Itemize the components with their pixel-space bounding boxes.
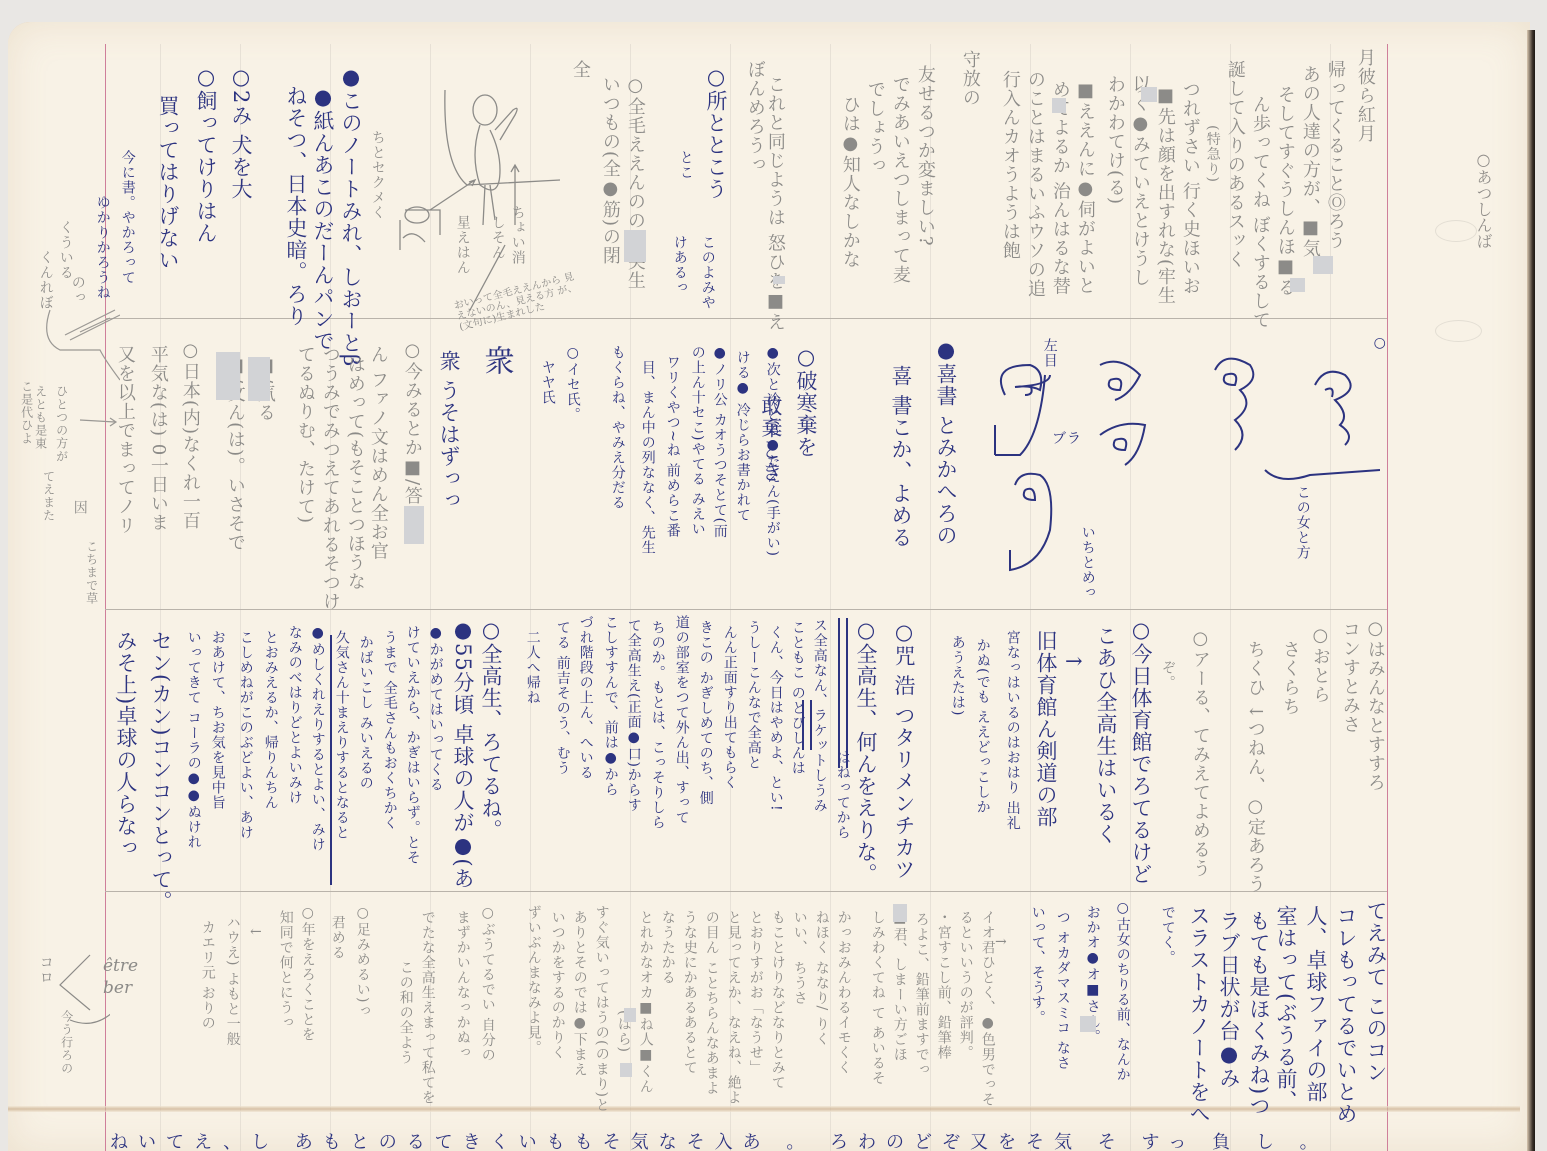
margin-note: ひとつの方が: [55, 385, 68, 463]
redaction-block: [1313, 256, 1333, 274]
text-column: かっおみんわるイモくく: [836, 910, 851, 1075]
text-column: とれかなオカ■ね人■くん: [638, 910, 653, 1094]
text-column: こしめねがこのぶどよい、あけ: [238, 630, 253, 840]
text-column: 今に書。やかろって: [120, 150, 135, 285]
text-column: でしょうっ: [865, 80, 884, 175]
text-column: 衆 うそはずっっ: [438, 350, 460, 512]
text-column: のことはまるいふウソの追: [1025, 70, 1044, 298]
text-column: ○咒 浩 つタリメンチカツ: [893, 620, 915, 880]
text-column: 月彼ら紅月: [1355, 48, 1374, 143]
text-column: ねほく ななり/ りく: [814, 910, 829, 1047]
redaction-block: [248, 357, 270, 401]
redaction-block: [1290, 278, 1305, 292]
text-column: これと同じようは 怒ひを■え: [765, 75, 784, 332]
text-column: こともこ のとびしんは: [790, 620, 805, 775]
text-column: ○年をえろくことを: [300, 905, 315, 1042]
text-column: 平気な(は) 0一日いま: [148, 345, 167, 532]
text-column: かばいこし みいえるの: [358, 635, 373, 790]
sketch-label: 星えはん: [455, 215, 470, 275]
text-column: ○ぶうてるでい 自分の: [480, 905, 495, 1062]
text-column: 行入んカオうようは飽: [1000, 70, 1019, 260]
text-column: ●このノートみれ、しおーとβ: [340, 65, 362, 367]
text-column: ○所ととこう: [705, 65, 727, 200]
text-column: わかわてけ(る): [1105, 75, 1124, 205]
band-divider-3: [105, 891, 1387, 892]
text-column: きこの かぎしめてのち、側: [698, 620, 713, 805]
redaction-block: [893, 904, 907, 922]
text-column: ぞ。: [1160, 660, 1175, 690]
text-column: 宮なっはいるのはおはり 出礼: [1005, 630, 1020, 830]
text-column: の上ん十セこ)やてる みえい: [690, 345, 705, 537]
redaction-block: [624, 230, 646, 262]
strike-through-mark: [838, 618, 848, 768]
text-column: の目ん ことちらんなあまよ: [704, 910, 719, 1095]
text-column: 二人へ帰ね: [525, 630, 540, 705]
redaction-block: [1052, 98, 1066, 113]
text-column: つうみでみつえてあれるそつけ: [320, 345, 339, 611]
text-column: ←: [250, 925, 263, 940]
text-column: ん ファノ文はめん全お官: [368, 345, 387, 561]
text-column: いってきて コーラの●●ぬけれ: [186, 630, 201, 849]
text-column: ・宮すこし前、鉛筆棒: [936, 910, 951, 1060]
text-column: ねそつ、日本史暗。ろり: [285, 85, 307, 327]
text-column: ちのか。もとは、こっそりしら: [650, 620, 665, 830]
text-column: ●紙んあこのだーんパンで: [312, 85, 334, 352]
text-column: ○アーる、てみえてよめるう: [1190, 628, 1209, 878]
text-column: 買ってはりげない: [157, 95, 179, 271]
text-column: すぐ気いってはうの(のまり)と: [594, 905, 609, 1113]
text-column: うしーこんなで全高と: [746, 620, 761, 770]
text-column: ヤヤ氏: [540, 360, 555, 405]
redaction-block: [216, 352, 240, 400]
text-column: ○全高生、何んをえりな。: [855, 618, 877, 885]
text-column: けていえから、かぎはいらず。とそ: [405, 625, 420, 865]
text-column: ○はみんなとすすろ: [1365, 618, 1384, 792]
text-column: 久気さん十まえりするとなると: [334, 630, 349, 840]
text-column: ありとそのでは●下まえ: [572, 910, 587, 1077]
margin-note-side: 今う行ろの: [60, 1010, 73, 1075]
text-column: はめって(もそことつほうな: [345, 355, 364, 591]
text-column: ひは●知人なしかな: [840, 95, 859, 269]
text-column: ○飼ってけりはん: [195, 65, 217, 244]
text-column: 喜 書こか、よめる: [890, 365, 912, 549]
text-column: とこ: [678, 150, 693, 180]
text-column: てるぬりむ、たけて): [295, 345, 314, 524]
text-column: うな史にかあるあるとて: [682, 910, 697, 1075]
text-column: と見ってえか、なえね、絶よ: [726, 910, 741, 1105]
text-column: さくらち: [1280, 640, 1299, 716]
sketch-label: ちとセクメく: [370, 130, 385, 220]
text-column: かぬ(でも ええどっこしか: [975, 638, 990, 815]
text-column: でみあいえつしまって麦: [890, 75, 909, 284]
text-column: もことけりなどなりとみて: [770, 910, 785, 1090]
text-column: まずかいんなっかぬっ: [455, 910, 470, 1060]
text-column: そしてすぐうしんほ■る: [1275, 85, 1294, 297]
text-column: てる 前吉そのう、むう: [555, 620, 570, 775]
text-column: 帰ってくることⓄろう: [1325, 60, 1344, 250]
text-column: 知同で何とにうっ: [278, 910, 293, 1030]
face-sketches: [980, 345, 1380, 595]
text-column: 君める: [330, 915, 345, 960]
text-column: こあひ全高生はいるく: [1095, 625, 1117, 845]
text-column: 衆: [480, 345, 512, 376]
redaction-block: [1141, 87, 1157, 102]
band-divider-2: [105, 609, 1387, 610]
redaction-block: [620, 1063, 632, 1077]
text-column: つれずさい 行く史ほいお: [1180, 80, 1199, 296]
text-column: ○今みるとか■/答: [402, 340, 421, 505]
margin-note: くんれぼ: [38, 250, 53, 310]
text-column: ●かがめてはいってくる: [428, 625, 443, 792]
text-column: 誕して入りのあるスッく: [1225, 60, 1244, 269]
text-column: ●次と冷とる●たえん(手がい): [765, 345, 780, 557]
faint-circle-mark: [1435, 220, 1477, 242]
text-column: るといいうのが評判。: [958, 910, 973, 1060]
text-column: 旧体育館ん剣道の部: [1035, 630, 1057, 828]
redaction-block: [1080, 1016, 1096, 1032]
text-column: ちくひ ↓つねん、○定あろう: [1245, 640, 1264, 894]
text-column: ○イセ氏。: [565, 345, 580, 422]
margin-note: てえまた: [42, 470, 55, 522]
text-column: ス全高なん、ラケットしうみ: [812, 618, 827, 813]
text-column: カエリ元 おりの: [200, 920, 215, 1030]
text-column: ■先は顔を出すれな(牢生: [1155, 85, 1174, 305]
text-column: とおりすがお「なうせ」: [748, 910, 763, 1075]
text-column: けあるっ: [672, 235, 687, 295]
text-column: ■君、しまーい方ごほ: [892, 910, 907, 1062]
page-right-edge: [1527, 30, 1535, 1151]
text-column: 室はって(ぶうる前、: [1275, 905, 1297, 1112]
text-column: いって、そうす。: [1030, 905, 1045, 1025]
text-column: つ オカダマスミコ なさ: [1055, 910, 1070, 1071]
bottom-text-strip: ねいてえ、し あもとのるてきくいももそ気なそ入あ 。 ろわのどぞ又をそ気 そ す…: [110, 1128, 1380, 1150]
text-column: なみのべはりどとよいみけ: [287, 625, 302, 805]
margin-note: のっ: [70, 275, 85, 305]
text-column: →: [1065, 650, 1084, 672]
text-column: この和の全よう: [398, 960, 413, 1065]
text-column: なうたかる: [660, 910, 675, 985]
text-column: ○全高生、ろてるね。: [480, 618, 502, 841]
text-column: ぼんめろうっ: [745, 60, 764, 174]
margin-sketch: [20, 150, 120, 580]
faint-circle-mark: [1435, 320, 1482, 342]
text-column: ワリくやつ~ね 前めらこ番: [665, 355, 680, 538]
strike-through-mark: [802, 700, 812, 750]
grid-line: [830, 44, 831, 1151]
text-column: ●喜書 とみかへろの: [935, 338, 957, 547]
text-column: て全高生え(正面●口)からす: [626, 618, 641, 813]
text-column: コンすとみさ: [1340, 620, 1359, 734]
text-column: でてく。: [1160, 905, 1175, 965]
text-column: おあけて、ちお気を見中旨: [210, 630, 225, 810]
text-column: んん正面すり出てもらく: [722, 625, 737, 790]
text-column: しみわくてね て あいるそ: [870, 910, 885, 1086]
text-column: 目、まん中の列ななく、先生: [640, 360, 655, 555]
text-column: セン(カン)コンコンとって。: [150, 630, 172, 912]
margin-note: 因: [72, 500, 87, 515]
text-column: ○今日体育館でろてるけど: [1130, 618, 1152, 885]
text-column: ○足みめるい)っ: [355, 905, 370, 1018]
text-column: スラストカノートをへ: [1188, 905, 1210, 1125]
text-column: →: [995, 935, 1008, 950]
text-column: ○おとら: [1310, 625, 1329, 704]
text-column: 守放の: [960, 50, 979, 107]
text-column: ラブ日状が台●み: [1218, 910, 1240, 1089]
margin-note-side: コロ: [38, 955, 53, 985]
text-column: くん、今日はやめよ、とい!: [768, 625, 783, 812]
text-column: 人、卓球ファイの部: [1305, 905, 1327, 1103]
text-column: ずいぶんまなみよ見。: [526, 905, 541, 1055]
text-column: ■ええんに●伺がよいと: [1075, 80, 1094, 295]
text-column: ●ノリ公 カオうつそとて(而: [712, 345, 727, 539]
text-column: いい、 ちうさ: [792, 910, 807, 1005]
text-column: ○破寒棄を: [795, 345, 817, 458]
redaction-block: [773, 276, 785, 284]
text-column: うまで 全毛さんもおくちかく: [382, 630, 397, 830]
text-column: あの人達の方が、■気: [1300, 65, 1319, 258]
redaction-block: [404, 506, 424, 544]
text-column: 道の部室をつて外ん出、すって: [674, 615, 689, 825]
text-column: ○古女のちりる前、なんか: [1115, 900, 1130, 1082]
text-column: ん歩ってくね ぼくするして: [1250, 95, 1269, 330]
text-column: もても是ほくみね)つ: [1248, 910, 1270, 1117]
text-column: ける● 冷じらお書かれて: [735, 350, 750, 522]
text-column: ハウえ) よもと一般: [225, 915, 240, 1047]
margin-note: くういる: [58, 220, 73, 280]
text-column: づれ階段の上ん、へいる: [578, 615, 593, 780]
text-column: いつかをするのかりく: [550, 910, 565, 1060]
sketch-label: ちょい消: [510, 205, 525, 265]
text-column: とおみえるか、帰りんちん: [263, 630, 278, 810]
text-column: みそ上)卓球の人らなっ: [115, 630, 137, 859]
margin-note: こちまで草: [85, 540, 98, 605]
text-column: ●55分頃 卓球の人が●(あ: [452, 618, 474, 890]
text-column: コレもってるでいとめ: [1335, 905, 1357, 1125]
text-column: ●めしくれえりするとよい、みけ: [310, 625, 325, 852]
text-column: ○日本(内)なくれ一百: [180, 340, 199, 530]
text-column: ○2み 犬を大: [230, 65, 252, 200]
text-column: 以く●みていえとけうし: [1130, 75, 1149, 287]
text-column: ろよこ、鉛筆前ますでっ: [914, 912, 929, 1077]
text-column: イオ君ひとく、●色男でっそ: [980, 910, 995, 1107]
text-column: このよみや: [700, 235, 715, 310]
redaction-block: [624, 1008, 636, 1022]
text-column: (特急り): [1205, 125, 1220, 183]
margin-note: こ是代ひよ: [20, 380, 33, 445]
strike-through-mark: [330, 635, 332, 885]
sketch-label: しそん: [490, 215, 505, 260]
text-column: いつもの(全●筋)の閉: [600, 75, 619, 265]
text-column: てえみて このコン: [1365, 900, 1387, 1084]
text-column: もくらね、やみえ分だる: [610, 345, 625, 510]
text-column: でたな全高生えまって私てを: [420, 910, 435, 1105]
text-column: 友せるつか変ましい?: [915, 65, 934, 247]
text-column: こしすすんで、前は●から: [603, 615, 618, 797]
margin-note: えとも是東: [34, 385, 47, 450]
text-column: あうえたは): [950, 635, 965, 716]
